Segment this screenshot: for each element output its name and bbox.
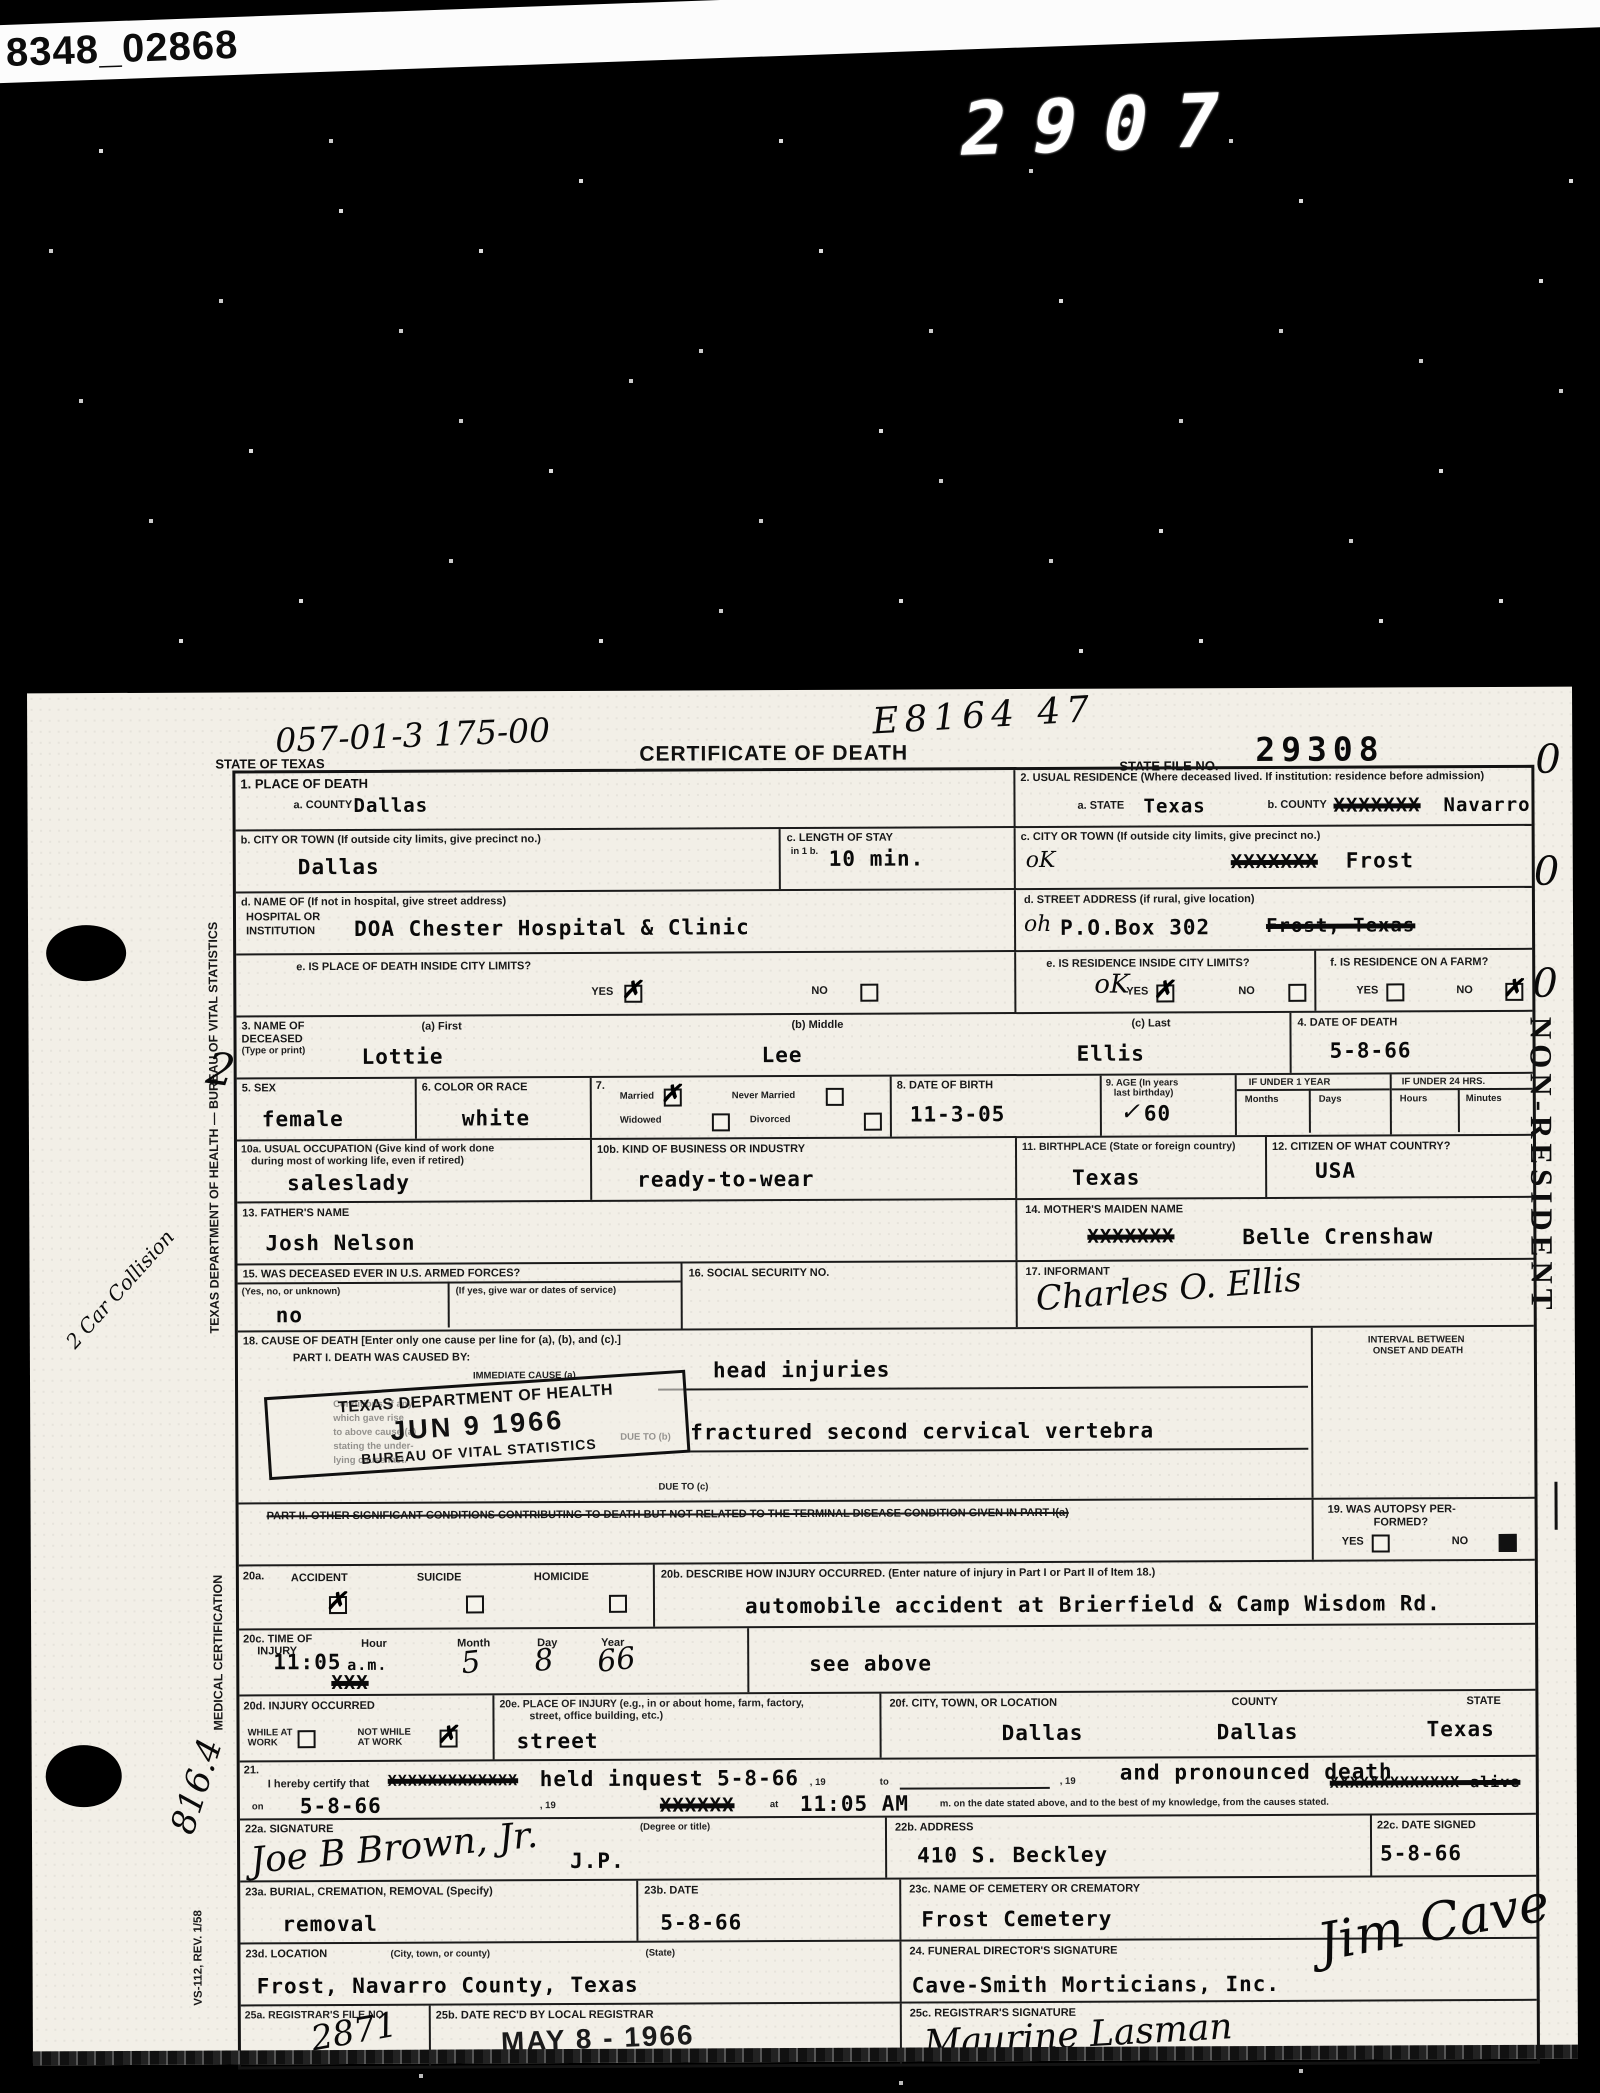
injury-city-value: Dallas (1002, 1721, 1084, 1745)
burial-location: Frost, Navarro County, Texas (257, 1973, 639, 1999)
certify-struck-1: XXXXXXXXXXXXX (388, 1771, 518, 1790)
autopsy-label: 19. WAS AUTOPSY PER- (1328, 1503, 1456, 1516)
under-24-hrs-label: IF UNDER 24 HRS. (1402, 1077, 1485, 1088)
burial-location-label: 23d. LOCATION (245, 1948, 327, 1961)
street-address-cell: d. STREET ADDRESS (if rural, give locati… (1016, 888, 1532, 950)
place-of-injury-cell: 20e. PLACE OF INJURY (e.g., in or about … (494, 1694, 881, 1760)
left-margin-dept: TEXAS DEPARTMENT OF HEALTH — BUREAU OF V… (205, 778, 226, 1478)
residence-state-value: Texas (1143, 795, 1205, 817)
how-injury-value: automobile accident at Brierfield & Camp… (745, 1591, 1441, 1618)
burial-cell: 23a. BURIAL, CREMATION, REMOVAL (Specify… (240, 1881, 638, 1943)
father-label: 13. FATHER'S NAME (242, 1207, 349, 1220)
business-cell: 10b. KIND OF BUSINESS OR INDUSTRY ready-… (592, 1138, 1017, 1200)
injury-state-label: STATE (1466, 1695, 1500, 1708)
time-of-injury-label: 20c. TIME OF (243, 1633, 312, 1646)
date-of-death: 5-8-66 (1330, 1038, 1412, 1062)
received-stamp: TEXAS DEPARTMENT OF HEALTH JUN 9 1966 BU… (264, 1370, 691, 1480)
film-noise (0, 0, 2, 2)
blank-line (900, 1787, 1050, 1789)
state-file-no: 29308 (1255, 729, 1385, 769)
armed-forces-sub2: (If yes, give war or dates of service) (456, 1286, 617, 1297)
first-name: Lottie (362, 1045, 444, 1069)
yes-label: YES (1126, 985, 1148, 998)
burial-date: 5-8-66 (660, 1910, 742, 1934)
date-signed: 5-8-66 (1380, 1841, 1462, 1865)
farm-cell: f. IS RESIDENCE ON A FARM? YES NO ✗ (1316, 950, 1532, 1011)
accident-label: ACCIDENT (291, 1572, 348, 1585)
yes-checkbox: ✗ (624, 985, 642, 1003)
citizen-label: 12. CITIZEN OF WHAT COUNTRY? (1272, 1140, 1451, 1153)
no-checkbox (1289, 984, 1307, 1002)
certify-19a: , 19 (810, 1778, 826, 1789)
deceased-label3: (Type or print) (242, 1046, 306, 1057)
film-id: 8348_02868 (5, 23, 239, 76)
certifier-signature-cell: 22a. SIGNATURE Joe B Brown, Jr. (Degree … (240, 1818, 887, 1881)
birthplace-label: 11. BIRTHPLACE (State or foreign country… (1022, 1141, 1236, 1153)
place-of-death-cell: 1. PLACE OF DEATH a. COUNTY Dallas (235, 770, 1015, 829)
ssn-label: 16. SOCIAL SECURITY NO. (689, 1267, 830, 1280)
occupation-value: saleslady (287, 1171, 410, 1196)
cemetery-label: 23c. NAME OF CEMETERY OR CREMATORY (909, 1883, 1140, 1897)
business-label: 10b. KIND OF BUSINESS OR INDUSTRY (597, 1143, 805, 1157)
father-cell: 13. FATHER'S NAME Josh Nelson (237, 1200, 1017, 1263)
certify-pre: I hereby certify that (268, 1778, 370, 1791)
certify-19b: , 19 (1060, 1777, 1076, 1788)
row-13: 20c. TIME OF INJURY Hour Month Day Year … (239, 1625, 1535, 1697)
burial-label: 23a. BURIAL, CREMATION, REMOVAL (Specify… (245, 1885, 493, 1899)
degree-label: (Degree or title) (640, 1822, 710, 1833)
time-struck: XXX (331, 1672, 368, 1694)
occupation-label2: during most of working life, even if ret… (251, 1155, 464, 1167)
residence-county-label: b. COUNTY (1267, 799, 1326, 812)
certify-19c: , 19 (540, 1801, 556, 1812)
date-of-birth-cell: 8. DATE OF BIRTH 11-3-05 (892, 1076, 1102, 1137)
no-label: NO (1452, 1535, 1469, 1548)
injury-occurred-cell: 20d. INJURY OCCURRED WHILE AT WORK NOT W… (239, 1695, 494, 1760)
interval-cell: INTERVAL BETWEEN ONSET AND DEATH (1313, 1327, 1535, 1498)
x-mark: ✗ (1503, 973, 1523, 1002)
hospital-label: d. NAME OF (If not in hospital, give str… (241, 895, 506, 909)
hospital-label3: INSTITUTION (246, 925, 315, 938)
no-checkbox (1499, 1534, 1517, 1552)
sex-cell: 5. SEX female (237, 1079, 417, 1140)
middle-name: Lee (762, 1043, 803, 1067)
hour-label: Hour (361, 1638, 387, 1651)
business-value: ready-to-wear (637, 1167, 814, 1192)
yes-label: YES (591, 986, 613, 999)
registrar-recd-label: 25b. DATE REC'D BY LOCAL REGISTRAR (436, 2009, 654, 2023)
injury-county-label: COUNTY (1231, 1696, 1278, 1709)
see-above-value: see above (809, 1651, 932, 1676)
certify-to: to (880, 1778, 889, 1788)
manner-cell: 20a. ACCIDENT ✗ SUICIDE HOMICIDE (239, 1565, 655, 1629)
burial-location-sub1: (City, town, or county) (390, 1949, 490, 1960)
marital-label: 7. (596, 1080, 605, 1093)
armed-forces-cell: 15. WAS DECEASED EVER IN U.S. ARMED FORC… (238, 1264, 683, 1331)
armed-forces-sub1: (Yes, no, or unknown) (242, 1287, 341, 1298)
citizen-cell: 12. CITIZEN OF WHAT COUNTRY? USA (1267, 1136, 1533, 1197)
injury-occurred-label: 20d. INJURY OCCURRED (243, 1700, 374, 1713)
ssn-cell: 16. SOCIAL SECURITY NO. (683, 1262, 1018, 1328)
injury-county-value: Dallas (1217, 1720, 1299, 1744)
marital-status-cell: 7. Married ✗ Never Married Widowed Divor… (592, 1077, 892, 1138)
hours-label: Hours (1400, 1094, 1427, 1105)
armed-forces-value: no (276, 1303, 303, 1327)
homicide-checkbox (609, 1595, 627, 1613)
x-mark: ✗ (437, 1720, 457, 1749)
suicide-label: SUICIDE (417, 1571, 462, 1584)
under-1-year-cell: IF UNDER 1 YEAR Months Days (1237, 1074, 1392, 1135)
minutes-label: Minutes (1466, 1094, 1502, 1105)
check-mark: ✓ (1120, 1098, 1140, 1126)
divorced-checkbox (864, 1113, 882, 1131)
days-label: Days (1319, 1095, 1342, 1106)
race-value: white (462, 1106, 530, 1130)
margin-tick (1554, 1482, 1557, 1530)
length-of-stay-label: c. LENGTH OF STAY (787, 832, 893, 845)
certify-time: 11:05 AM (800, 1792, 909, 1816)
residence-city-label: c. CITY OR TOWN (If outside city limits,… (1021, 830, 1321, 844)
cause-label: 18. CAUSE OF DEATH [Enter only one cause… (243, 1334, 621, 1348)
handwritten-code: E8164 47 (871, 689, 1096, 743)
residence-city-value: Frost (1346, 848, 1414, 872)
margin-zero-2: 0 (1534, 849, 1560, 895)
under-1-year-label: IF UNDER 1 YEAR (1249, 1078, 1331, 1089)
certify-number: 21. (244, 1764, 259, 1777)
rule-a (658, 1386, 1308, 1391)
cause-of-death-cell: 18. CAUSE OF DEATH [Enter only one cause… (238, 1328, 1314, 1503)
residence-county-struck: XXXXXXX (1333, 794, 1420, 816)
yes-checkbox (1372, 1534, 1390, 1552)
place-of-injury-label2: street, office building, etc.) (529, 1711, 663, 1723)
punch-hole (46, 1745, 122, 1807)
burial-value: removal (282, 1912, 378, 1936)
yes-label: YES (1342, 1536, 1364, 1549)
no-label: NO (1238, 985, 1255, 998)
county-label: a. COUNTY (293, 799, 352, 812)
certificate-form: 1. PLACE OF DEATH a. COUNTY Dallas 2. US… (232, 765, 1540, 2070)
no-checkbox: ✗ (1506, 983, 1524, 1001)
death-city-value: Dallas (298, 855, 380, 879)
x-mark: ✗ (1153, 974, 1173, 1003)
usual-residence-label: 2. USUAL RESIDENCE (Where deceased lived… (1020, 770, 1525, 785)
length-of-stay-value: 10 min. (829, 846, 925, 870)
hospital-label2: HOSPITAL OR (246, 911, 320, 924)
burial-date-label: 23b. DATE (644, 1884, 698, 1897)
informant-cell: 17. INFORMANT Charles O. Ellis (1018, 1260, 1534, 1327)
yes-label: YES (1356, 984, 1378, 997)
occupation-cell: 10a. USUAL OCCUPATION (Give kind of work… (237, 1140, 592, 1202)
death-city-limits-label: e. IS PLACE OF DEATH INSIDE CITY LIMITS? (296, 960, 531, 974)
hospital-value: DOA Chester Hospital & Clinic (354, 915, 750, 941)
injury-city-label: 20f. CITY, TOWN, OR LOCATION (889, 1697, 1057, 1710)
divider (448, 1282, 450, 1328)
months-label: Months (1245, 1095, 1279, 1106)
cemetery-name: Frost Cemetery (921, 1907, 1112, 1932)
how-injury-label: 20b. DESCRIBE HOW INJURY OCCURRED. (Ente… (661, 1566, 1156, 1581)
day-value: 8 (532, 1642, 555, 1679)
married-checkbox: ✗ (664, 1089, 682, 1107)
residence-city-handmark: oK (1026, 848, 1056, 873)
date-of-birth: 11-3-05 (910, 1102, 1006, 1126)
race-cell: 6. COLOR OR RACE white (417, 1078, 592, 1139)
farm-label: f. IS RESIDENCE ON A FARM? (1330, 956, 1488, 969)
mother-label: 14. MOTHER'S MAIDEN NAME (1025, 1203, 1183, 1216)
hospital-cell: d. NAME OF (If not in hospital, give str… (236, 890, 1016, 953)
homicide-label: HOMICIDE (534, 1571, 589, 1584)
date-of-birth-label: 8. DATE OF BIRTH (897, 1079, 993, 1092)
row-18: 23d. LOCATION (City, town, or county) (S… (240, 1939, 1536, 2007)
burial-location-cell: 23d. LOCATION (City, town, or county) (S… (240, 1942, 901, 2005)
father-name: Josh Nelson (265, 1231, 415, 1256)
never-married-checkbox (826, 1088, 844, 1106)
certify-date: 5-8-66 (300, 1794, 382, 1818)
birthplace-cell: 11. BIRTHPLACE (State or foreign country… (1017, 1137, 1267, 1198)
row-11: PART II. OTHER SIGNIFICANT CONDITIONS CO… (239, 1499, 1535, 1567)
divider (1309, 1089, 1311, 1133)
row-10: 18. CAUSE OF DEATH [Enter only one cause… (238, 1327, 1535, 1505)
death-certificate: TEXAS DEPARTMENT OF HEALTH — BUREAU OF V… (27, 687, 1578, 2066)
mother-struck: XXXXXXX (1087, 1225, 1174, 1247)
x-mark: ✗ (661, 1079, 681, 1108)
suicide-checkbox (466, 1595, 484, 1613)
row-6: 5. SEX female 6. COLOR OR RACE white 7. … (237, 1074, 1533, 1142)
certifier-address-label: 22b. ADDRESS (895, 1821, 974, 1834)
part2-cell: PART II. OTHER SIGNIFICANT CONDITIONS CO… (239, 1500, 1314, 1565)
injury-state-value: Texas (1426, 1717, 1494, 1741)
street-address-value: P.O.Box 302 (1060, 915, 1210, 940)
scanned-page: 8348_02868 2907 TEXAS DEPARTMENT OF HEAL… (0, 0, 1600, 2093)
row-2: b. CITY OR TOWN (If outside city limits,… (236, 826, 1532, 894)
row-3: d. NAME OF (If not in hospital, give str… (236, 888, 1532, 956)
residence-limits-handmark: oK (1094, 970, 1129, 1000)
handwritten-cert-no: 057-01-3 175-00 (275, 710, 551, 760)
cause-b-value: fractured second cervical vertebra (690, 1418, 1154, 1444)
date-signed-label: 22c. DATE SIGNED (1377, 1819, 1476, 1832)
funeral-director-label: 24. FUNERAL DIRECTOR'S SIGNATURE (909, 1945, 1117, 1959)
married-label: Married (620, 1092, 654, 1103)
row-14: 20d. INJURY OCCURRED WHILE AT WORK NOT W… (239, 1691, 1535, 1763)
cause-a-value: head injuries (713, 1358, 890, 1383)
row-5: 3. NAME OF DECEASED (Type or print) (a) … (236, 1012, 1532, 1080)
residence-limits-cell: e. IS RESIDENCE INSIDE CITY LIMITS? oK Y… (1016, 951, 1316, 1012)
date-of-death-label: 4. DATE OF DEATH (1297, 1016, 1397, 1029)
never-married-label: Never Married (732, 1091, 795, 1102)
age-cell: 9. AGE (In years last birthday) ✓ 60 (1102, 1075, 1237, 1136)
certify-struck-3: XXXXXX (660, 1794, 735, 1816)
yes-checkbox (1386, 983, 1404, 1001)
certify-at: at (770, 1800, 778, 1810)
degree-value: J.P. (570, 1849, 625, 1873)
mother-name: Belle Crenshaw (1242, 1224, 1433, 1249)
certificate-title: CERTIFICATE OF DEATH (639, 742, 908, 767)
street-address-label: d. STREET ADDRESS (if rural, give locati… (1024, 893, 1255, 907)
see-above-cell: see above (749, 1625, 1535, 1692)
usual-residence-cell: 2. USUAL RESIDENCE (Where deceased lived… (1015, 768, 1531, 826)
row-7: 10a. USUAL OCCUPATION (Give kind of work… (237, 1136, 1533, 1204)
residence-city-struck: XXXXXXX (1231, 851, 1318, 873)
certify-on: on (252, 1802, 264, 1812)
sex-value: female (262, 1107, 344, 1131)
date-of-death-cell: 4. DATE OF DEATH 5-8-66 (1291, 1012, 1532, 1073)
death-city-label: b. CITY OR TOWN (If outside city limits,… (241, 833, 541, 847)
part2-label: PART II. OTHER SIGNIFICANT CONDITIONS CO… (267, 1506, 1287, 1523)
last-name-label: (c) Last (1131, 1017, 1170, 1030)
street-address-handmark: oh (1024, 912, 1052, 937)
widowed-label: Widowed (620, 1116, 662, 1127)
place-of-death-label: 1. PLACE OF DEATH (240, 776, 368, 792)
not-while-label2: AT WORK (358, 1738, 403, 1749)
time-of-injury-cell: 20c. TIME OF INJURY Hour Month Day Year … (239, 1628, 749, 1694)
citizen-value: USA (1315, 1159, 1356, 1183)
first-name-label: (a) First (421, 1020, 461, 1033)
row-1: 1. PLACE OF DEATH a. COUNTY Dallas 2. US… (235, 768, 1531, 832)
frame-counter-led: 2907 (953, 77, 1252, 173)
place-of-injury-value: street (517, 1729, 599, 1753)
birthplace-value: Texas (1072, 1166, 1140, 1190)
not-while-checkbox: ✗ (440, 1730, 458, 1748)
time-value: 11:05 (273, 1650, 341, 1674)
certifier-address-cell: 22b. ADDRESS 410 S. Beckley (887, 1816, 1372, 1878)
no-label: NO (1456, 984, 1473, 997)
age-value: 60 (1144, 1101, 1171, 1125)
row-4: e. IS PLACE OF DEATH INSIDE CITY LIMITS?… (236, 950, 1532, 1018)
deceased-label2: DECEASED (241, 1033, 302, 1046)
row-8: 13. FATHER'S NAME Josh Nelson 14. MOTHER… (237, 1198, 1533, 1266)
autopsy-cell: 19. WAS AUTOPSY PER- FORMED? YES NO (1314, 1499, 1535, 1560)
divider (1237, 1088, 1390, 1091)
funeral-director-cell: 24. FUNERAL DIRECTOR'S SIGNATURE Cave-Sm… (901, 1939, 1536, 2002)
margin-zero-1: 0 (1535, 737, 1561, 783)
date-signed-cell: 22c. DATE SIGNED 5-8-66 (1372, 1815, 1536, 1876)
no-checkbox (861, 984, 879, 1002)
burial-date-cell: 23b. DATE 5-8-66 (638, 1880, 901, 1941)
county-value: Dallas (353, 795, 428, 817)
burial-location-sub2: (State) (645, 1949, 675, 1960)
due-to-c-label: DUE TO (c) (658, 1482, 708, 1493)
row-15: 21. I hereby certify that XXXXXXXXXXXXX … (240, 1757, 1536, 1821)
year-value: 66 (595, 1641, 637, 1680)
under-24-hrs-cell: IF UNDER 24 HRS. Hours Minutes (1392, 1074, 1533, 1135)
row-12: 20a. ACCIDENT ✗ SUICIDE HOMICIDE 20b. DE… (239, 1561, 1535, 1631)
deceased-label: 3. NAME OF (241, 1020, 304, 1033)
autopsy-label2: FORMED? (1374, 1516, 1428, 1529)
certify-struck-2: XXXXXXXXXXXXX alive (1330, 1773, 1521, 1792)
no-label: NO (811, 985, 828, 998)
how-injury-cell: 20b. DESCRIBE HOW INJURY OCCURRED. (Ente… (655, 1561, 1535, 1627)
injury-location-cell: 20f. CITY, TOWN, OR LOCATION COUNTY STAT… (881, 1691, 1535, 1758)
margin-note-collision: 2 Car Collision (61, 1225, 179, 1353)
while-at-work-label2: WORK (248, 1738, 278, 1749)
deceased-name-cell: 3. NAME OF DECEASED (Type or print) (a) … (236, 1013, 1291, 1078)
yes-checkbox: ✗ (1156, 984, 1174, 1002)
divorced-label: Divorced (750, 1115, 791, 1126)
certify-tail: m. on the date stated above, and to the … (940, 1797, 1520, 1810)
sex-label: 5. SEX (242, 1082, 276, 1095)
row-9: 15. WAS DECEASED EVER IN U.S. ARMED FORC… (238, 1260, 1534, 1333)
scanner-label-strip: 8348_02868 (0, 0, 1600, 84)
part1-label: PART I. DEATH WAS CAUSED BY: (293, 1351, 470, 1364)
mother-cell: 14. MOTHER'S MAIDEN NAME XXXXXXX Belle C… (1017, 1198, 1533, 1260)
street-address-struck: Frost, Texas (1266, 914, 1415, 937)
certify-inquest: held inquest 5-8-66 (540, 1766, 799, 1791)
margin-zero-3: 0 (1532, 961, 1558, 1007)
divider (1392, 1088, 1533, 1091)
x-mark: ✗ (326, 1586, 346, 1615)
death-city-limits-cell: e. IS PLACE OF DEATH INSIDE CITY LIMITS?… (236, 952, 1016, 1015)
row-16: 22a. SIGNATURE Joe B Brown, Jr. (Degree … (240, 1815, 1536, 1883)
funeral-director-name: Cave-Smith Morticians, Inc. (912, 1972, 1280, 1998)
interval-label2: ONSET AND DEATH (1373, 1346, 1463, 1357)
residence-state-label: a. STATE (1077, 800, 1124, 813)
armed-forces-label: 15. WAS DECEASED EVER IN U.S. ARMED FORC… (243, 1267, 521, 1281)
month-value: 5 (459, 1645, 482, 1682)
form-number: VS-112, REV. 1/58 (192, 1873, 209, 2043)
widowed-checkbox (712, 1113, 730, 1131)
while-at-work-checkbox (298, 1730, 316, 1748)
divider (1458, 1088, 1460, 1132)
race-label: 6. COLOR OR RACE (422, 1081, 528, 1094)
accident-checkbox: ✗ (329, 1596, 347, 1614)
length-of-stay-sub: in 1 b. (791, 847, 818, 858)
death-city-cell: b. CITY OR TOWN (If outside city limits,… (236, 829, 781, 891)
residence-limits-label: e. IS RESIDENCE INSIDE CITY LIMITS? (1046, 957, 1249, 971)
certifier-address: 410 S. Beckley (917, 1843, 1108, 1868)
middle-name-label: (b) Middle (791, 1019, 843, 1032)
residence-county-value: Navarro (1443, 794, 1530, 816)
rule-b (683, 1448, 1308, 1453)
x-mark: ✗ (621, 975, 641, 1004)
last-name: Ellis (1077, 1042, 1145, 1066)
length-of-stay-cell: c. LENGTH OF STAY in 1 b. 10 min. (781, 828, 1016, 889)
certify-cell: 21. I hereby certify that XXXXXXXXXXXXX … (240, 1757, 1536, 1819)
residence-city-cell: c. CITY OR TOWN (If outside city limits,… (1016, 826, 1532, 888)
manner-label: 20a. (243, 1570, 264, 1583)
punch-hole (46, 925, 126, 981)
